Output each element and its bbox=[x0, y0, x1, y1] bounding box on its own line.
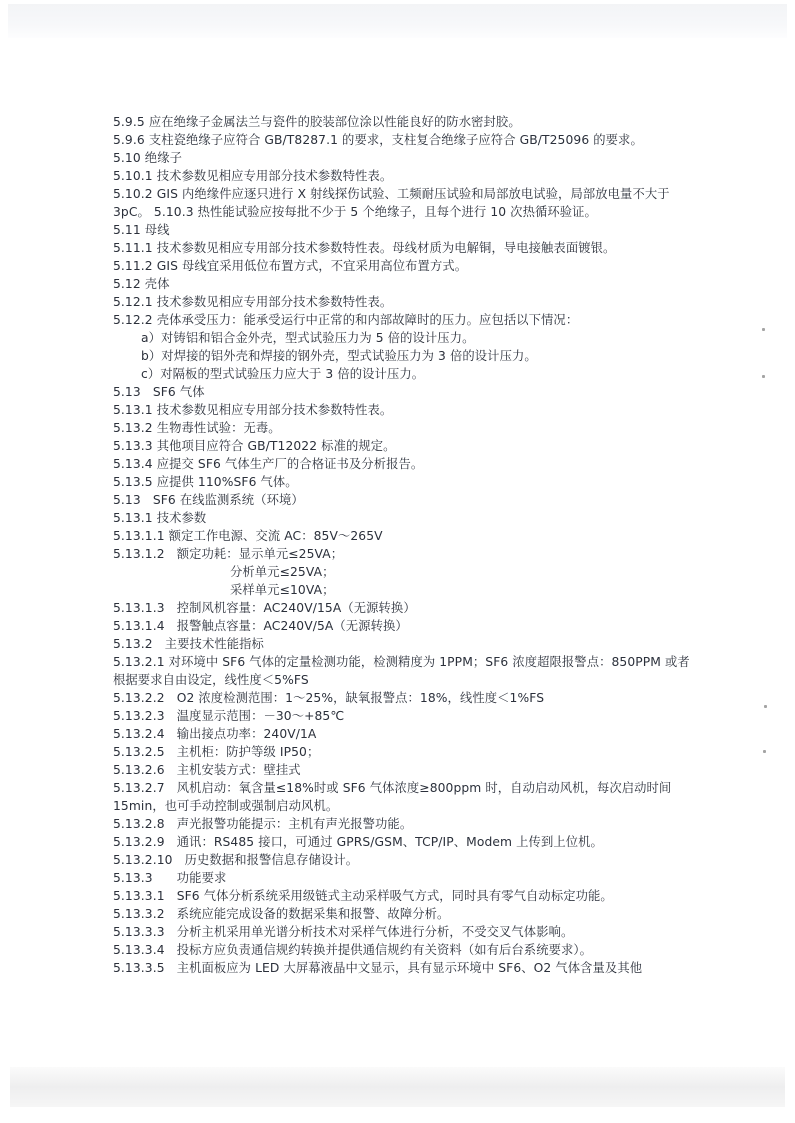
section-text: 主机面板应为 LED 大屏幕液晶中文显示，具有显示环境中 SF6、O2 气体含量… bbox=[169, 961, 642, 975]
section-number: 5.13.3.2 bbox=[113, 905, 165, 923]
section-text: 分析单元≤25VA； bbox=[230, 565, 334, 579]
document-line: 5.13.1.1 额定工作电源、交流 AC：85V～265V bbox=[113, 527, 693, 545]
document-line: 5.11 母线 bbox=[113, 221, 693, 239]
section-text: 报警触点容量：AC240V/5A（无源转换） bbox=[169, 619, 408, 633]
section-text: 母线 bbox=[145, 223, 170, 237]
section-text: SF6 在线监测系统（环境） bbox=[145, 493, 304, 507]
document-line: 5.13.2.9 通讯：RS485 接口，可通过 GPRS/GSM、TCP/IP… bbox=[113, 833, 693, 851]
section-number: 5.13.2.4 bbox=[113, 725, 165, 743]
section-text: 额定功耗：显示单元≤25VA； bbox=[169, 547, 343, 561]
section-text: 主要技术性能指标 bbox=[157, 637, 264, 651]
section-number: 5.13.2.5 bbox=[113, 743, 165, 761]
section-number: 5.12.2 bbox=[113, 311, 153, 329]
document-line: 5.13.1.3 控制风机容量：AC240V/15A（无源转换） bbox=[113, 599, 693, 617]
scan-speck bbox=[762, 328, 765, 331]
section-text: SF6 气体分析系统采用级链式主动采样吸气方式，同时具有零气自动标定功能。 bbox=[169, 889, 613, 903]
section-number: 5.11.2 bbox=[113, 257, 153, 275]
document-line: 5.13.3 其他项目应符合 GB/T12022 标准的规定。 bbox=[113, 437, 693, 455]
section-number: 5.10.2 bbox=[113, 185, 153, 203]
document-line: 5.12.1 技术参数见相应专用部分技术参数特性表。 bbox=[113, 293, 693, 311]
section-text: 功能要求 bbox=[157, 871, 227, 885]
document-line: 5.13.2.8 声光报警功能提示：主机有声光报警功能。 bbox=[113, 815, 693, 833]
document-line: 5.13.2.3 温度显示范围：－30～+85℃ bbox=[113, 707, 693, 725]
document-line: 5.13.3.2 系统应能完成设备的数据采集和报警、故障分析。 bbox=[113, 905, 693, 923]
section-text: 其他项目应符合 GB/T12022 标准的规定。 bbox=[157, 439, 396, 453]
document-line: 5.13.2.10 历史数据和报警信息存储设计。 bbox=[113, 851, 693, 869]
document-line: b）对焊接的铝外壳和焊接的钢外壳，型式试验压力为 3 倍的设计压力。 bbox=[113, 347, 693, 365]
section-number: 5.13.3 bbox=[113, 437, 153, 455]
section-number: 5.12.1 bbox=[113, 293, 153, 311]
section-number: 5.13.2.1 bbox=[113, 653, 165, 671]
scan-top-shadow bbox=[8, 4, 787, 38]
section-number: 5.13.3.1 bbox=[113, 887, 165, 905]
section-text: GIS 母线宜采用低位布置方式，不宜采用高位布置方式。 bbox=[157, 259, 467, 273]
document-line: 5.13.3.4 投标方应负责通信规约转换并提供通信规约有关资料（如有后台系统要… bbox=[113, 941, 693, 959]
document-line: 5.13.1 技术参数 bbox=[113, 509, 693, 527]
section-number: 5.12 bbox=[113, 275, 141, 293]
document-line: 5.13.2.7 风机启动：氧含量≤18%时或 SF6 气体浓度≥800ppm … bbox=[113, 779, 693, 815]
scan-speck bbox=[763, 750, 766, 753]
section-text: 支柱瓷绝缘子应符合 GB/T8287.1 的要求，支柱复合绝缘子应符合 GB/T… bbox=[149, 133, 643, 147]
document-line: 5.13.4 应提交 SF6 气体生产厂的合格证书及分析报告。 bbox=[113, 455, 693, 473]
section-number: 5.13.2.9 bbox=[113, 833, 165, 851]
section-text: 对环境中 SF6 气体的定量检测功能，检测精度为 1PPM；SF6 浓度超限报警… bbox=[113, 655, 690, 687]
section-text: 声光报警功能提示：主机有声光报警功能。 bbox=[169, 817, 413, 831]
section-text: 技术参数见相应专用部分技术参数特性表。 bbox=[157, 403, 393, 417]
section-number: 5.13.2.2 bbox=[113, 689, 165, 707]
document-line: 5.13.5 应提供 110%SF6 气体。 bbox=[113, 473, 693, 491]
section-text: 壳体 bbox=[145, 277, 170, 291]
document-body: 5.9.5 应在绝缘子金属法兰与瓷件的胶装部位涂以性能良好的防水密封胶。5.9.… bbox=[113, 113, 693, 977]
section-number: 5.11.1 bbox=[113, 239, 153, 257]
document-line: 5.13.2.6 主机安装方式：壁挂式 bbox=[113, 761, 693, 779]
scan-speck bbox=[764, 705, 767, 708]
section-text: c）对隔板的型式试验压力应大于 3 倍的设计压力。 bbox=[141, 367, 424, 381]
section-text: 输出接点功率：240V/1A bbox=[169, 727, 317, 741]
section-number: 5.13.3.4 bbox=[113, 941, 165, 959]
section-number: 5.13.2.3 bbox=[113, 707, 165, 725]
document-line: 5.13.2.2 O2 浓度检测范围：1～25%，缺氧报警点：18%，线性度＜1… bbox=[113, 689, 693, 707]
section-text: 技术参数见相应专用部分技术参数特性表。 bbox=[157, 295, 393, 309]
section-text: b）对焊接的铝外壳和焊接的钢外壳，型式试验压力为 3 倍的设计压力。 bbox=[141, 349, 537, 363]
document-line: 5.13.3 功能要求 bbox=[113, 869, 693, 887]
document-line: 5.13.3.1 SF6 气体分析系统采用级链式主动采样吸气方式，同时具有零气自… bbox=[113, 887, 693, 905]
section-number: 5.13.3.5 bbox=[113, 959, 165, 977]
section-text: 技术参数 bbox=[157, 511, 207, 525]
section-number: 5.13.3 bbox=[113, 869, 153, 887]
section-number: 5.13.1 bbox=[113, 401, 153, 419]
document-line: 5.11.2 GIS 母线宜采用低位布置方式，不宜采用高位布置方式。 bbox=[113, 257, 693, 275]
section-number: 5.10.1 bbox=[113, 167, 153, 185]
document-line: 5.13.1.2 额定功耗：显示单元≤25VA； bbox=[113, 545, 693, 563]
section-number: 5.13.1 bbox=[113, 509, 153, 527]
document-line: 5.13 SF6 气体 bbox=[113, 383, 693, 401]
section-text: 采样单元≤10VA； bbox=[230, 583, 334, 597]
section-number: 5.9.5 bbox=[113, 113, 145, 131]
document-line: 5.13.2.5 主机柜：防护等级 IP50； bbox=[113, 743, 693, 761]
document-line: 5.13 SF6 在线监测系统（环境） bbox=[113, 491, 693, 509]
section-text: GIS 内绝缘件应逐只进行 X 射线探伤试验、工频耐压试验和局部放电试验，局部放… bbox=[113, 187, 674, 219]
section-text: 主机柜：防护等级 IP50； bbox=[169, 745, 320, 759]
section-text: O2 浓度检测范围：1～25%，缺氧报警点：18%，线性度＜1%FS bbox=[169, 691, 544, 705]
section-number: 5.13.2.7 bbox=[113, 779, 165, 797]
section-text: 分析主机采用单光谱分析技术对采样气体进行分析，不受交叉气体影响。 bbox=[169, 925, 574, 939]
scan-speck bbox=[762, 375, 765, 378]
document-line: 5.10.2 GIS 内绝缘件应逐只进行 X 射线探伤试验、工频耐压试验和局部放… bbox=[113, 185, 693, 221]
document-line: 5.9.5 应在绝缘子金属法兰与瓷件的胶装部位涂以性能良好的防水密封胶。 bbox=[113, 113, 693, 131]
section-text: 技术参数见相应专用部分技术参数特性表。母线材质为电解铜，导电接触表面镀银。 bbox=[157, 241, 616, 255]
section-text: 投标方应负责通信规约转换并提供通信规约有关资料（如有后台系统要求）。 bbox=[169, 943, 592, 957]
document-line: 5.13.2 主要技术性能指标 bbox=[113, 635, 693, 653]
section-text: 额定工作电源、交流 AC：85V～265V bbox=[169, 529, 383, 543]
document-line: 分析单元≤25VA； bbox=[113, 563, 693, 581]
document-line: 5.13.2 生物毒性试验：无毒。 bbox=[113, 419, 693, 437]
section-number: 5.13.1.2 bbox=[113, 545, 165, 563]
document-line: 5.13.2.4 输出接点功率：240V/1A bbox=[113, 725, 693, 743]
section-number: 5.13.2 bbox=[113, 419, 153, 437]
section-text: 应在绝缘子金属法兰与瓷件的胶装部位涂以性能良好的防水密封胶。 bbox=[149, 115, 521, 129]
document-line: a）对铸铝和铝合金外壳，型式试验压力为 5 倍的设计压力。 bbox=[113, 329, 693, 347]
document-line: c）对隔板的型式试验压力应大于 3 倍的设计压力。 bbox=[113, 365, 693, 383]
section-text: 生物毒性试验：无毒。 bbox=[157, 421, 281, 435]
section-number: 5.11 bbox=[113, 221, 141, 239]
section-text: 历史数据和报警信息存储设计。 bbox=[177, 853, 359, 867]
document-line: 5.12 壳体 bbox=[113, 275, 693, 293]
section-number: 5.13 bbox=[113, 383, 141, 401]
section-number: 5.10 bbox=[113, 149, 141, 167]
section-text: 通讯：RS485 接口，可通过 GPRS/GSM、TCP/IP、Modem 上传… bbox=[169, 835, 603, 849]
section-text: 技术参数见相应专用部分技术参数特性表。 bbox=[157, 169, 393, 183]
document-line: 5.10.1 技术参数见相应专用部分技术参数特性表。 bbox=[113, 167, 693, 185]
section-number: 5.13.2.10 bbox=[113, 851, 173, 869]
section-number: 5.13.2.6 bbox=[113, 761, 165, 779]
section-number: 5.13 bbox=[113, 491, 141, 509]
document-line: 5.11.1 技术参数见相应专用部分技术参数特性表。母线材质为电解铜，导电接触表… bbox=[113, 239, 693, 257]
section-text: 主机安装方式：壁挂式 bbox=[169, 763, 301, 777]
document-line: 5.13.3.5 主机面板应为 LED 大屏幕液晶中文显示，具有显示环境中 SF… bbox=[113, 959, 693, 977]
section-text: a）对铸铝和铝合金外壳，型式试验压力为 5 倍的设计压力。 bbox=[141, 331, 475, 345]
section-text: 控制风机容量：AC240V/15A（无源转换） bbox=[169, 601, 416, 615]
section-text: 壳体承受压力：能承受运行中正常的和内部故障时的压力。应包括以下情况： bbox=[157, 313, 579, 327]
document-line: 5.12.2 壳体承受压力：能承受运行中正常的和内部故障时的压力。应包括以下情况… bbox=[113, 311, 693, 329]
section-text: 应提交 SF6 气体生产厂的合格证书及分析报告。 bbox=[157, 457, 424, 471]
section-number: 5.13.2 bbox=[113, 635, 153, 653]
section-number: 5.13.3.3 bbox=[113, 923, 165, 941]
section-number: 5.13.1.3 bbox=[113, 599, 165, 617]
document-line: 5.10 绝缘子 bbox=[113, 149, 693, 167]
section-text: 应提供 110%SF6 气体。 bbox=[157, 475, 298, 489]
document-line: 5.13.1.4 报警触点容量：AC240V/5A（无源转换） bbox=[113, 617, 693, 635]
document-line: 5.13.3.3 分析主机采用单光谱分析技术对采样气体进行分析，不受交叉气体影响… bbox=[113, 923, 693, 941]
document-line: 采样单元≤10VA； bbox=[113, 581, 693, 599]
section-number: 5.13.1.4 bbox=[113, 617, 165, 635]
document-line: 5.13.2.1 对环境中 SF6 气体的定量检测功能，检测精度为 1PPM；S… bbox=[113, 653, 693, 689]
document-line: 5.13.1 技术参数见相应专用部分技术参数特性表。 bbox=[113, 401, 693, 419]
section-text: SF6 气体 bbox=[145, 385, 205, 399]
section-text: 风机启动：氧含量≤18%时或 SF6 气体浓度≥800ppm 时，自动启动风机，… bbox=[113, 781, 675, 813]
section-number: 5.13.2.8 bbox=[113, 815, 165, 833]
section-number: 5.13.4 bbox=[113, 455, 153, 473]
scan-bottom-shadow bbox=[10, 1067, 785, 1107]
section-text: 系统应能完成设备的数据采集和报警、故障分析。 bbox=[169, 907, 450, 921]
section-number: 5.13.1.1 bbox=[113, 527, 165, 545]
section-text: 绝缘子 bbox=[145, 151, 182, 165]
section-number: 5.9.6 bbox=[113, 131, 145, 149]
section-number: 5.13.5 bbox=[113, 473, 153, 491]
document-line: 5.9.6 支柱瓷绝缘子应符合 GB/T8287.1 的要求，支柱复合绝缘子应符… bbox=[113, 131, 693, 149]
section-text: 温度显示范围：－30～+85℃ bbox=[169, 709, 345, 723]
